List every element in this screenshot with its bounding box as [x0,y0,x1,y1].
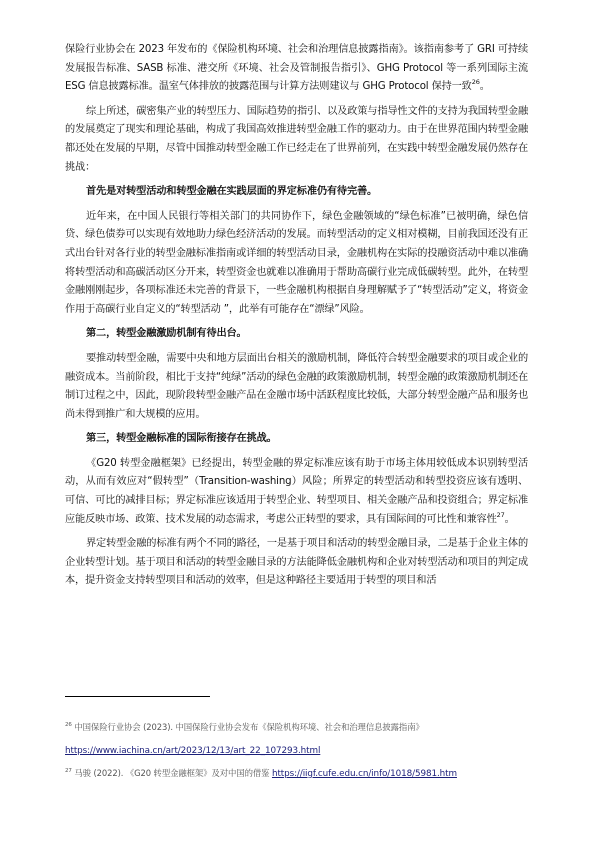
paragraph-text: 《G20 转型金融框架》已经提出，转型金融的界定标准应该有助于市场主体用较低成本… [65,458,528,525]
footnote-separator [65,696,210,697]
footnote-number: 27 [65,768,72,774]
paragraph-tail: 。 [505,514,515,525]
heading-third-challenge: 第三，转型金融标准的国际衔接存在挑战。 [65,430,528,449]
paragraph-esg-guideline: 保险行业协会在 2023 年发布的《保险机构环境、社会和治理信息披露指南》。该指… [65,41,528,97]
footnote-27-link[interactable]: https://iigf.cufe.edu.cn/info/1018/5981.… [272,769,457,779]
footnote-26: 26 中国保险行业协会 (2023). 中国保险行业协会发布《保险机构环境、社会… [65,721,424,733]
footnote-ref-27[interactable]: 27 [497,511,505,519]
paragraph-two-paths: 界定转型金融的标准有两个不同的路径，一是基于项目和活动的转型金融目录，二是基于企… [65,535,528,591]
document-body: 保险行业协会在 2023 年发布的《保险机构环境、社会和治理信息披露指南》。该指… [65,41,528,597]
footnote-26-link[interactable]: https://www.iachina.cn/art/2023/12/13/ar… [65,746,320,756]
paragraph-tail: 。 [480,81,490,92]
footnote-ref-26[interactable]: 26 [472,78,480,86]
footnote-number: 26 [65,722,72,728]
footnote-26-link-line: https://www.iachina.cn/art/2023/12/13/ar… [65,744,320,757]
heading-second-challenge: 第二，转型金融激励机制有待出台。 [65,325,528,344]
footnote-27: 27 马骏 (2022). 《G20 转型金融框架》及对中国的借鉴 https:… [65,767,457,780]
paragraph-text: 保险行业协会在 2023 年发布的《保险机构环境、社会和治理信息披露指南》。该指… [65,44,528,92]
paragraph-g20-framework: 《G20 转型金融框架》已经提出，转型金融的界定标准应该有助于市场主体用较低成本… [65,455,528,529]
paragraph-standards: 近年来，在中国人民银行等相关部门的共同协作下，绿色金融领域的“绿色标准”已被明确… [65,208,528,320]
heading-first-challenge: 首先是对转型活动和转型金融在实践层面的界定标准仍有待完善。 [65,183,528,202]
paragraph-summary: 综上所述，碳密集产业的转型压力、国际趋势的指引、以及政策与指导性文件的支持为我国… [65,103,528,177]
footnote-text: 马骏 (2022). 《G20 转型金融框架》及对中国的借鉴 [74,768,272,778]
footnote-text: 中国保险行业协会 (2023). 中国保险行业协会发布《保险机构环境、社会和治理… [74,722,423,732]
paragraph-incentives: 要推动转型金融，需要中央和地方层面出台相关的激励机制，降低符合转型金融要求的项目… [65,350,528,424]
